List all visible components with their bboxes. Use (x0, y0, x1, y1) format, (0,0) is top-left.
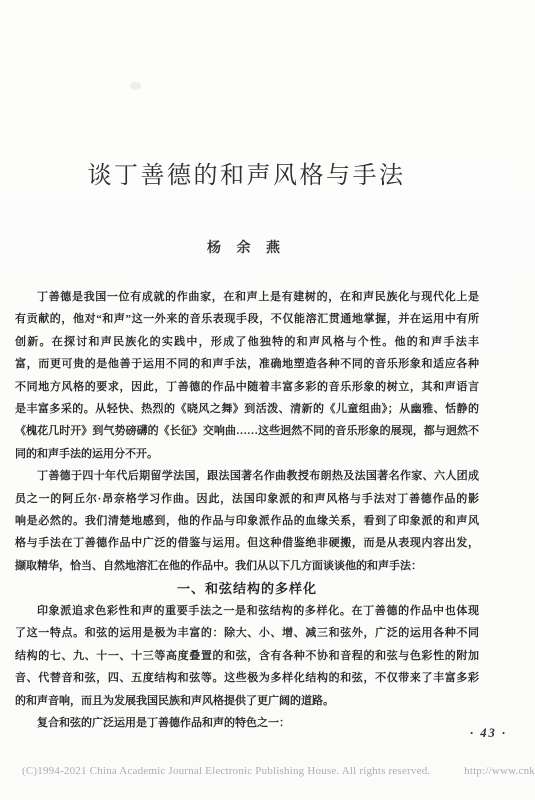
text-line: 响是必然的。我们清楚地感到，他的作品与印象派作品的血缘关系，看到了印象派的和声风 (15, 510, 479, 532)
text-line: 了这一特点。和弦的运用是极为丰富的：除大、小、增、减三和弦外，广泛的运用各种不同 (15, 622, 479, 644)
page-number: · 43 · (470, 726, 507, 741)
text-line: 格与手法在丁善德作品中广泛的借鉴与运用。但这种借鉴绝非硬搬，而是从表现内容出发， (15, 532, 479, 554)
article-title: 谈丁善德的和声风格与手法 (15, 155, 478, 190)
footer-copyright: (C)1994-2021 China Academic Journal Elec… (22, 765, 430, 777)
text-line: 富，而更可贵的是他善于运用不同的和声手法，准确地塑造各种不同的音乐形象和适应各种 (15, 353, 479, 375)
text-line: 丁善德于四十年代后期留学法国，跟法国著名作曲教授布朗热及法国著名作家、六人团成 (15, 465, 479, 487)
article-author: 杨 余 燕 (15, 237, 478, 257)
text-line: 同的和声手法的运用分不开。 (15, 443, 479, 465)
text-line: 音、代替音和弦，四、五度结构和弦等。这些极为多样化结构的和弦，不仅带来了丰富多彩 (15, 667, 479, 689)
text-line: 《槐花几时开》到气势磅礴的《长征》交响曲……这些迥然不同的音乐形象的展现，都与迥… (15, 420, 479, 442)
text-line: 有贡献的，他对“和声”这一外来的音乐表现手段，不仅能溶汇贯通地掌握，并在运用中有… (15, 308, 479, 330)
text-line: 员之一的阿丘尔·昂奈格学习作曲。因此，法国印象派的和声风格与手法对丁善德作品的影 (15, 488, 479, 510)
article-body: 丁善德是我国一位有成就的作曲家，在和声上是有建树的，在和声民族化与现代化上是 有… (15, 286, 479, 734)
text-line: 复合和弦的广泛运用是丁善德作品和声的特色之一： (15, 712, 479, 734)
text-line: 的和声音响，而且为发展我国民族和声风格提供了更广阔的道路。 (15, 690, 479, 712)
text-line: 是丰富多采的。从轻快、热烈的《晓风之舞》到活泼、清新的《儿童组曲》；从幽雅、恬静… (15, 398, 479, 420)
text-line: 印象派追求色彩性和声的重要手法之一是和弦结构的多样化。在丁善德的作品中也体现 (15, 600, 479, 622)
text-line: 撷取精华，恰当、自然地溶汇在他的作品中。我们从以下几方面谈谈他的和声手法： (15, 555, 479, 577)
scan-artifact (130, 82, 141, 90)
text-line: 创新。在探讨和声民族化的实践中，形成了他独特的和声风格与个性。他的和声手法丰 (15, 331, 479, 353)
text-line: 结构的七、九、十一、十三等高度叠置的和弦，含有各种不协和音程的和弦与色彩性的附加 (15, 645, 479, 667)
text-line: 不同地方风格的要求，因此，丁善德的作品中随着丰富多彩的音乐形象的树立，其和声语言 (15, 376, 479, 398)
section-heading: 一、和弦结构的多样化 (15, 578, 479, 600)
footer: (C)1994-2021 China Academic Journal Elec… (22, 765, 535, 777)
text-line: 丁善德是我国一位有成就的作曲家，在和声上是有建树的，在和声民族化与现代化上是 (15, 286, 479, 308)
footer-url: http://www.cnk (464, 765, 535, 777)
journal-page: 谈丁善德的和声风格与手法 杨 余 燕 丁善德是我国一位有成就的作曲家，在和声上是… (0, 0, 535, 800)
